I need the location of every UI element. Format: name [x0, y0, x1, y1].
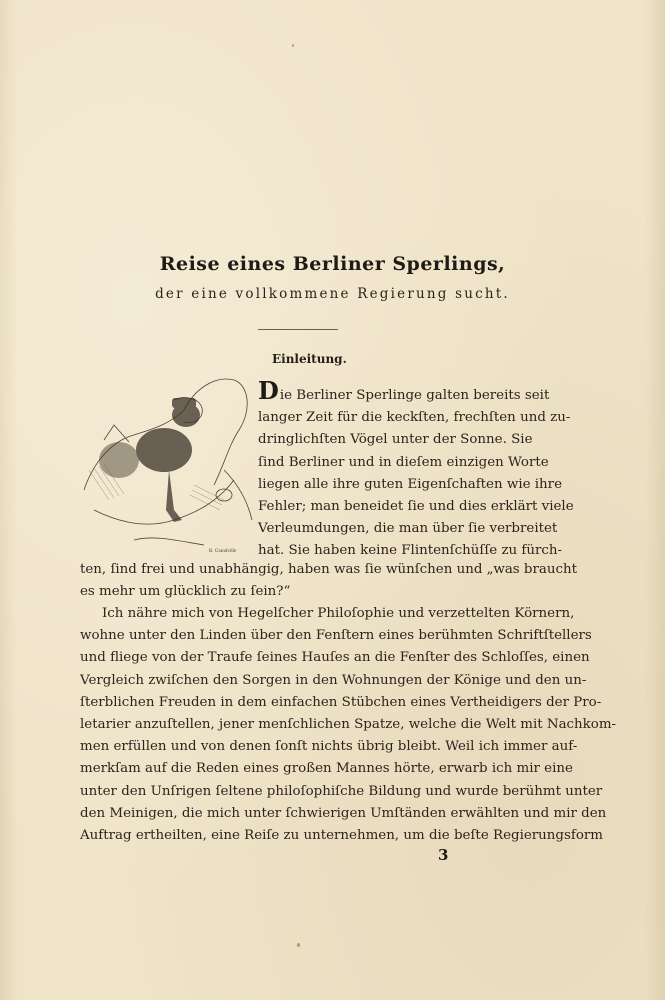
text-line: ſterblichen Freuden in dem einfachen Stü… [80, 692, 525, 714]
text-line: Auftrag ertheilten, eine Reiſe zu untern… [80, 825, 525, 847]
text-line: ſind Berliner und in dieſem einzigen Wor… [258, 452, 525, 474]
wrapped-paragraph-lines: Die Berliner Sperlinge galten bereits se… [258, 381, 525, 563]
text-line: letarier anzuſtellen, jener menſchlichen… [80, 714, 525, 736]
title-divider [258, 329, 338, 330]
sparrow-illustration: B. Grandville [74, 370, 254, 555]
text-line: Ich nähre mich von Hegelſcher Philoſophi… [80, 603, 525, 625]
drop-cap: D [258, 376, 279, 405]
text-line: den Meinigen, die mich unter ſchwierigen… [80, 803, 525, 825]
text-line: wohne unter den Linden über den Fenſtern… [80, 625, 525, 647]
text-line: Verleumdungen, die man über ſie verbreit… [258, 518, 525, 540]
text-line: liegen alle ihre guten Eigenſchaften wie… [258, 474, 525, 496]
page-number: 3 [438, 846, 448, 864]
text-line: unter den Unſrigen ſeltene philoſophiſch… [80, 781, 525, 803]
text-line: Vergleich zwiſchen den Sorgen in den Woh… [80, 670, 525, 692]
illustration-signature: B. Grandville [209, 549, 237, 554]
page-subtitle: der eine vollkommene Regierung sucht. [0, 286, 665, 302]
text-line: dringlichſten Vögel unter der Sonne. Sie [258, 429, 525, 451]
text-line: ten, ſind frei und unabhängig, haben was… [80, 559, 525, 581]
paper-spot [292, 44, 294, 47]
text-line: merkſam auf die Reden eines großen Manne… [80, 758, 525, 780]
paragraph-2: Ich nähre mich von Hegelſcher Philoſophi… [80, 603, 525, 847]
book-page: Reise eines Berliner Sperlings, der eine… [0, 0, 665, 1000]
paper-spot [297, 943, 300, 947]
text-line: men erfüllen und von denen ſonſt nichts … [80, 736, 525, 758]
text-line: Fehler; man beneidet ſie und dies erklär… [258, 496, 525, 518]
text-line: es mehr um glücklich zu ſein?“ [80, 581, 525, 603]
paragraph-1-continuation: ten, ſind frei und unabhängig, haben was… [80, 559, 525, 603]
text-line: und fliege von der Traufe ſeines Hauſes … [80, 647, 525, 669]
page-title: Reise eines Berliner Sperlings, [0, 253, 665, 275]
section-heading: Einleitung. [272, 352, 347, 366]
text-line: langer Zeit für die keckſten, frechſten … [258, 407, 525, 429]
text-line: Die Berliner Sperlinge galten bereits se… [258, 381, 525, 407]
